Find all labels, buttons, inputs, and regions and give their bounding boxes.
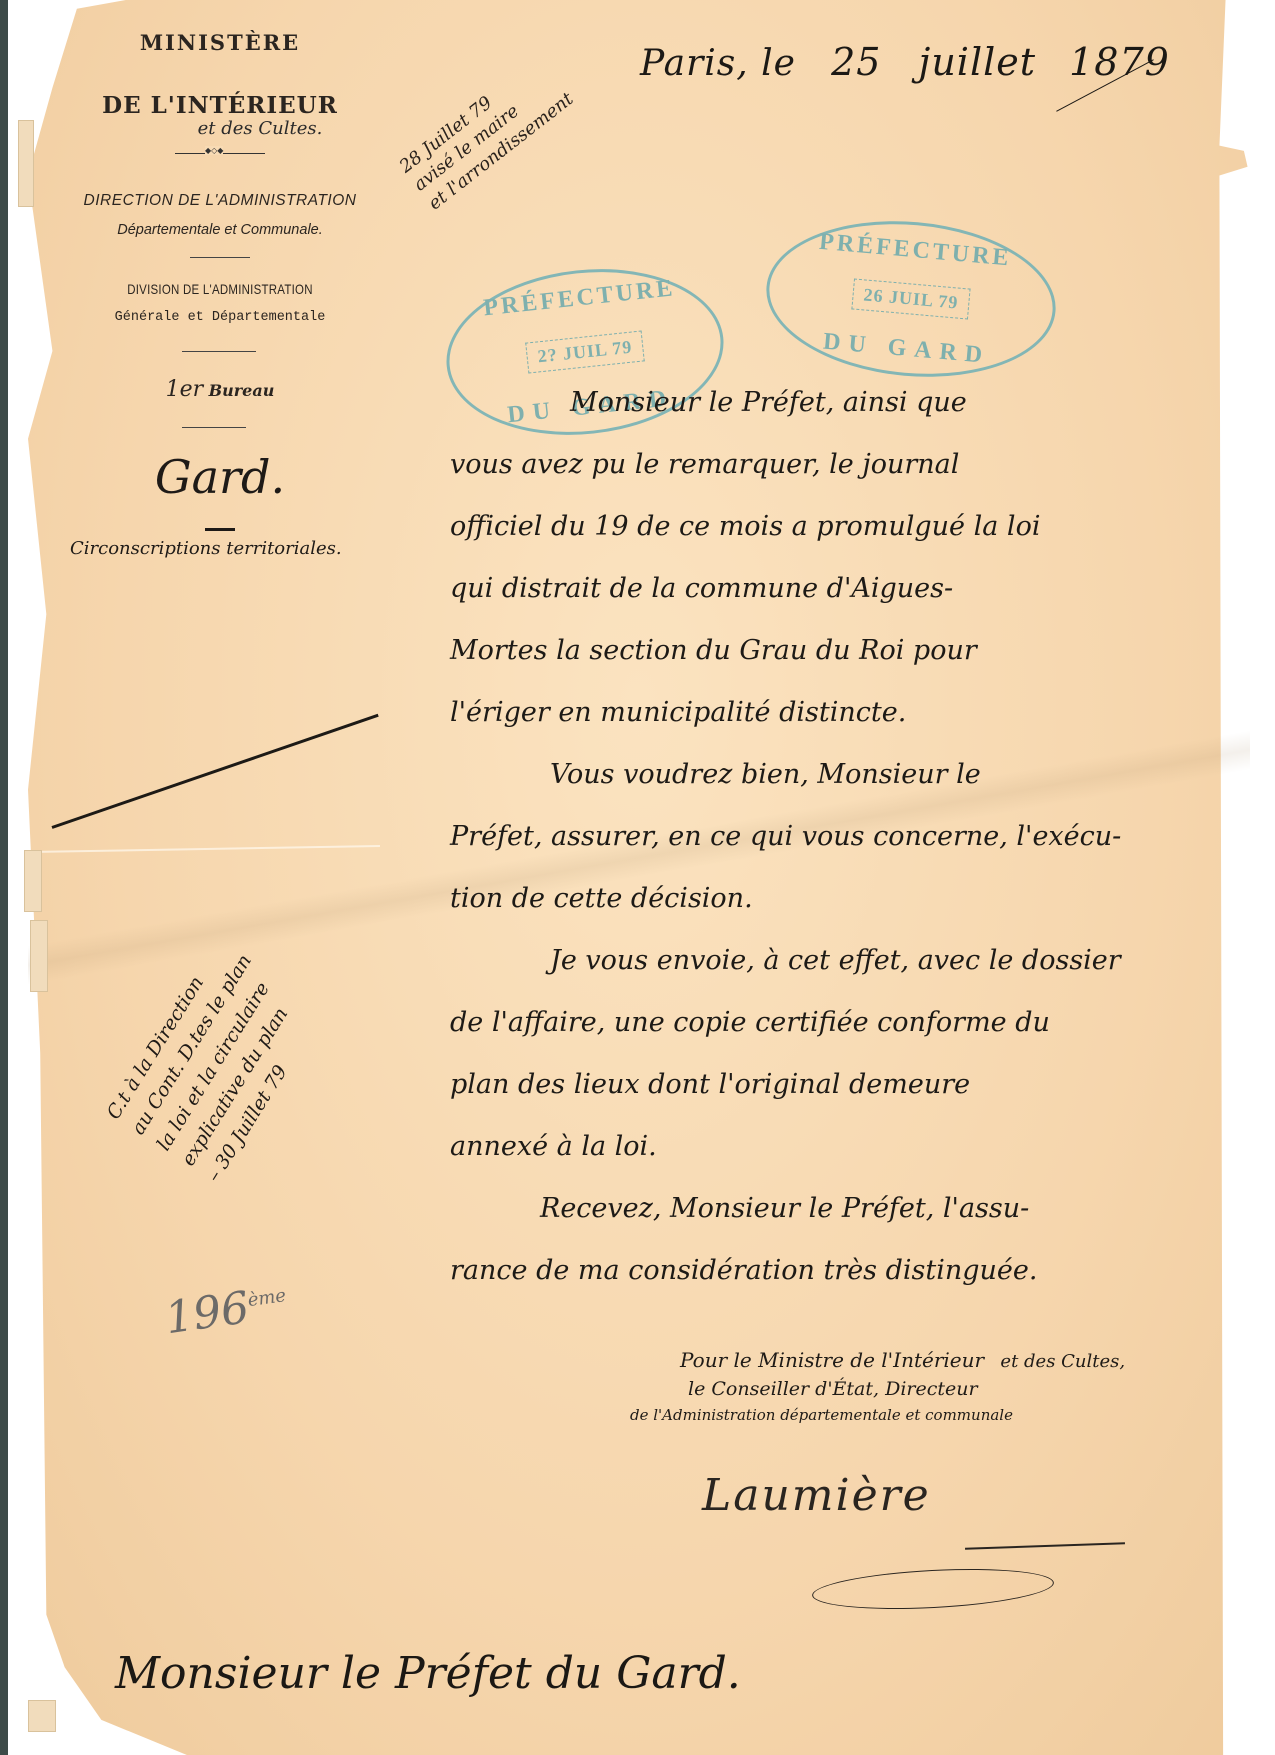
addressee-line: Monsieur le Préfet du Gard. bbox=[115, 1648, 741, 1699]
body-line: Recevez, Monsieur le Préfet, l'assu- bbox=[450, 1178, 1240, 1240]
letter-body: Monsieur le Préfet, ainsi que vous avez … bbox=[450, 372, 1240, 1302]
body-line: officiel du 19 de ce mois a promulgué la… bbox=[450, 496, 1240, 558]
divider bbox=[182, 427, 246, 428]
date-place: Paris, le bbox=[640, 43, 796, 84]
letterhead-direction: DIRECTION DE L'ADMINISTRATION bbox=[70, 192, 370, 210]
signature-line-1: Pour le Ministre de l'Intérieur et des C… bbox=[680, 1348, 1125, 1372]
body-line: Préfet, assurer, en ce qui vous concerne… bbox=[450, 806, 1240, 868]
letterhead-division: DIVISION DE L'ADMINISTRATION bbox=[97, 281, 343, 297]
date-month: juillet bbox=[919, 40, 1036, 84]
letterhead-division-sub: Générale et Départementale bbox=[70, 310, 370, 325]
body-line: vous avez pu le remarquer, le journal bbox=[450, 434, 1240, 496]
handwritten-signature: Laumière bbox=[702, 1470, 931, 1521]
paper-tab bbox=[30, 920, 48, 992]
pencil-suffix: ème bbox=[246, 1285, 287, 1311]
letterhead-interior: DE L'INTÉRIEUR bbox=[70, 92, 370, 119]
stamp-date: 26 JUIL 79 bbox=[851, 278, 970, 319]
body-line: tion de cette décision. bbox=[450, 868, 1240, 930]
department-underline bbox=[205, 528, 235, 531]
date-line: Paris, le 25 juillet 1879 bbox=[640, 40, 1170, 84]
letterhead-cultes-handwritten: et des Cultes. bbox=[150, 118, 370, 139]
body-line: rance de ma considération très distingué… bbox=[450, 1240, 1240, 1302]
letterhead-direction-sub: Départementale et Communale. bbox=[70, 222, 370, 238]
bureau-number: 1er bbox=[166, 377, 204, 402]
scan-edge-shadow bbox=[0, 0, 8, 1755]
body-line: Vous voudrez bien, Monsieur le bbox=[450, 744, 1240, 806]
bureau-label: Bureau bbox=[209, 381, 275, 400]
divider bbox=[190, 257, 250, 258]
stamp-date: 2? JUIL 79 bbox=[525, 330, 645, 373]
letterhead-ministry: MINISTÈRE bbox=[70, 30, 370, 55]
signature-line-3: de l'Administration départementale et co… bbox=[630, 1406, 1125, 1424]
letter-subject: Circonscriptions territoriales. bbox=[70, 538, 400, 559]
body-line: de l'affaire, une copie certifiée confor… bbox=[450, 992, 1240, 1054]
signature-handwritten-addition: et des Cultes, bbox=[1000, 1351, 1125, 1372]
paper-tab bbox=[28, 1700, 56, 1732]
body-line: annexé à la loi. bbox=[450, 1116, 1240, 1178]
signature-line-2: le Conseiller d'État, Directeur bbox=[688, 1378, 1125, 1400]
body-line: qui distrait de la commune d'Aigues- bbox=[450, 558, 1240, 620]
ornament-divider bbox=[175, 153, 265, 154]
signature-title: Pour le Ministre de l'Intérieur bbox=[680, 1348, 984, 1372]
date-day: 25 bbox=[831, 40, 881, 84]
letterhead-bureau: 1er Bureau bbox=[70, 377, 370, 402]
body-line: l'ériger en municipalité distincte. bbox=[450, 682, 1240, 744]
paper-tab bbox=[24, 850, 42, 912]
divider bbox=[182, 351, 256, 352]
body-line: Je vous envoie, à cet effet, avec le dos… bbox=[450, 930, 1240, 992]
signature-block: Pour le Ministre de l'Intérieur et des C… bbox=[680, 1348, 1125, 1424]
paper-tab bbox=[18, 120, 34, 207]
body-line: plan des lieux dont l'original demeure bbox=[450, 1054, 1240, 1116]
department-name: Gard. bbox=[120, 450, 320, 504]
body-line: Mortes la section du Grau du Roi pour bbox=[450, 620, 1240, 682]
body-line: Monsieur le Préfet, ainsi que bbox=[450, 372, 1240, 434]
